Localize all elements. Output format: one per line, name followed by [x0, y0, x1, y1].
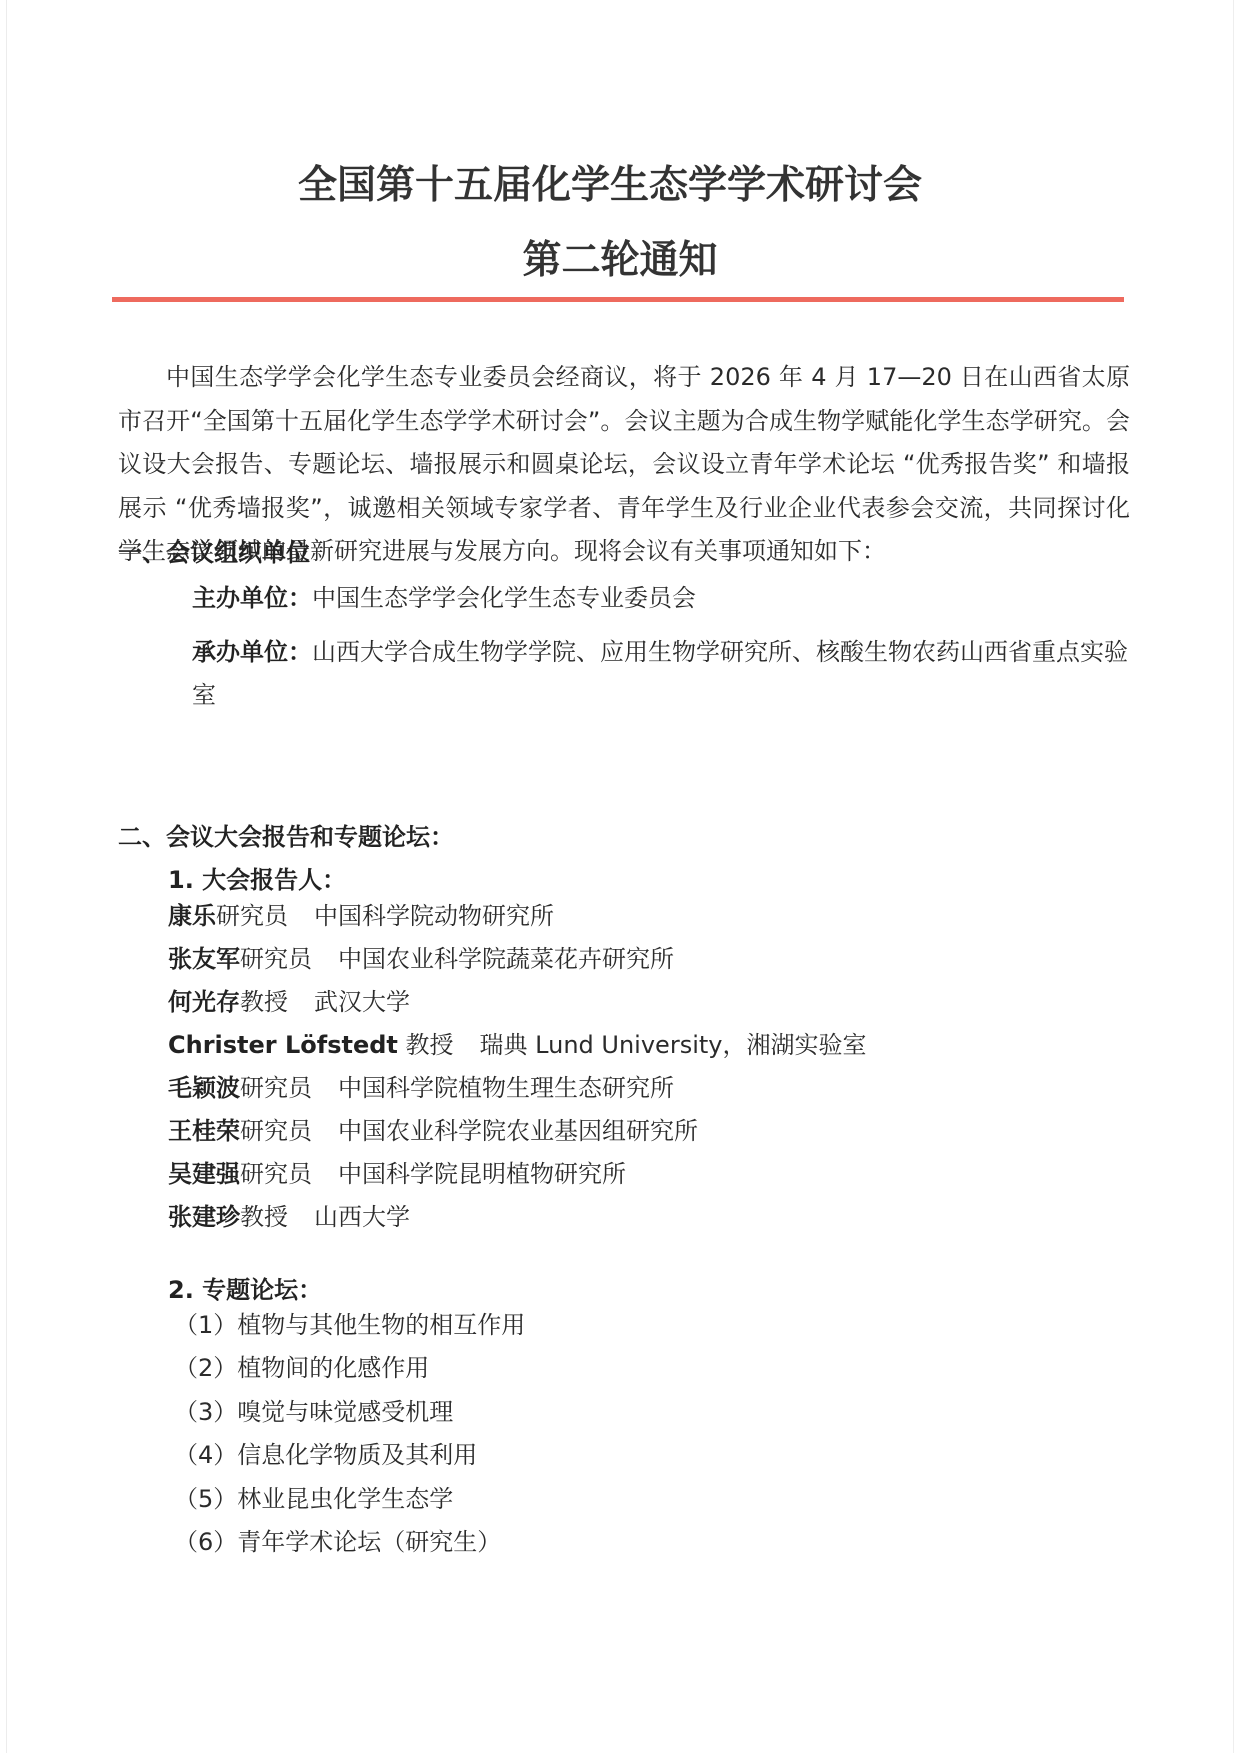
forum-item: （3）嗅觉与味觉感受机理	[174, 1400, 525, 1443]
forum-item: （6）青年学术论坛（研究生）	[174, 1530, 525, 1573]
speaker-name: 张建珍	[168, 1203, 240, 1231]
speaker-item: 何光存教授武汉大学	[168, 990, 866, 1033]
forum-list: （1）植物与其他生物的相互作用 （2）植物间的化感作用 （3）嗅觉与味觉感受机理…	[174, 1313, 525, 1573]
speaker-title: 教授	[398, 1031, 454, 1059]
document-title: 全国第十五届化学生态学学术研讨会 第二轮通知	[0, 166, 1240, 280]
organizer-unit-row: 承办单位：山西大学合成生物学学院、应用生物学研究所、核酸生物农药山西省重点实验室	[192, 631, 1132, 717]
speaker-affiliation: 中国农业科学院蔬菜花卉研究所	[338, 945, 674, 973]
speaker-title: 研究员	[240, 1074, 312, 1102]
speaker-item: 康乐研究员中国科学院动物研究所	[168, 904, 866, 947]
forum-item: （1）植物与其他生物的相互作用	[174, 1313, 525, 1356]
speaker-name: 张友军	[168, 945, 240, 973]
speaker-affiliation: 中国科学院动物研究所	[314, 902, 554, 930]
forums-heading: 2. 专题论坛：	[168, 1270, 322, 1305]
host-unit-value: 中国生态学学会化学生态专业委员会	[312, 584, 696, 612]
host-unit-row: 主办单位：中国生态学学会化学生态专业委员会	[192, 577, 1132, 620]
host-unit-label: 主办单位：	[192, 584, 312, 612]
title-divider	[112, 297, 1124, 302]
forum-item: （4）信息化学物质及其利用	[174, 1443, 525, 1486]
speaker-affiliation: 中国农业科学院农业基因组研究所	[338, 1117, 698, 1145]
speaker-affiliation: 中国科学院昆明植物研究所	[338, 1160, 626, 1188]
speaker-affiliation: 武汉大学	[314, 988, 410, 1016]
speaker-list: 康乐研究员中国科学院动物研究所 张友军研究员中国农业科学院蔬菜花卉研究所 何光存…	[168, 904, 866, 1248]
speaker-title: 教授	[240, 988, 288, 1016]
forum-item: （5）林业昆虫化学生态学	[174, 1487, 525, 1530]
speaker-item: 王桂荣研究员中国农业科学院农业基因组研究所	[168, 1119, 866, 1162]
speakers-heading: 1. 大会报告人：	[168, 860, 346, 895]
title-line-1: 全国第十五届化学生态学学术研讨会	[0, 166, 1240, 205]
speaker-item: 张建珍教授山西大学	[168, 1205, 866, 1248]
speaker-title: 研究员	[240, 1160, 312, 1188]
speaker-name: 康乐	[168, 902, 216, 930]
speaker-title: 研究员	[240, 945, 312, 973]
speaker-affiliation: 山西大学	[314, 1203, 410, 1231]
speaker-title: 研究员	[240, 1117, 312, 1145]
speaker-affiliation: 瑞典 Lund University，湘湖实验室	[480, 1031, 867, 1059]
organizer-unit-label: 承办单位：	[192, 638, 312, 666]
speaker-item: Christer Löfstedt 教授瑞典 Lund University，湘…	[168, 1033, 866, 1076]
section-2-heading: 二、会议大会报告和专题论坛：	[118, 817, 454, 852]
speaker-affiliation: 中国科学院植物生理生态研究所	[338, 1074, 674, 1102]
speaker-item: 张友军研究员中国农业科学院蔬菜花卉研究所	[168, 947, 866, 990]
speaker-item: 吴建强研究员中国科学院昆明植物研究所	[168, 1162, 866, 1205]
forum-item: （2）植物间的化感作用	[174, 1356, 525, 1399]
speaker-item: 毛颖波研究员中国科学院植物生理生态研究所	[168, 1076, 866, 1119]
speaker-name: 吴建强	[168, 1160, 240, 1188]
organizer-unit-value: 山西大学合成生物学学院、应用生物学研究所、核酸生物农药山西省重点实验室	[192, 638, 1128, 709]
speaker-title: 教授	[240, 1203, 288, 1231]
title-line-2: 第二轮通知	[0, 241, 1240, 280]
speaker-title: 研究员	[216, 902, 288, 930]
speaker-name: Christer Löfstedt	[168, 1031, 398, 1059]
speaker-name: 王桂荣	[168, 1117, 240, 1145]
section-1-heading: 一、会议组织单位	[118, 533, 310, 568]
speaker-name: 何光存	[168, 988, 240, 1016]
speaker-name: 毛颖波	[168, 1074, 240, 1102]
